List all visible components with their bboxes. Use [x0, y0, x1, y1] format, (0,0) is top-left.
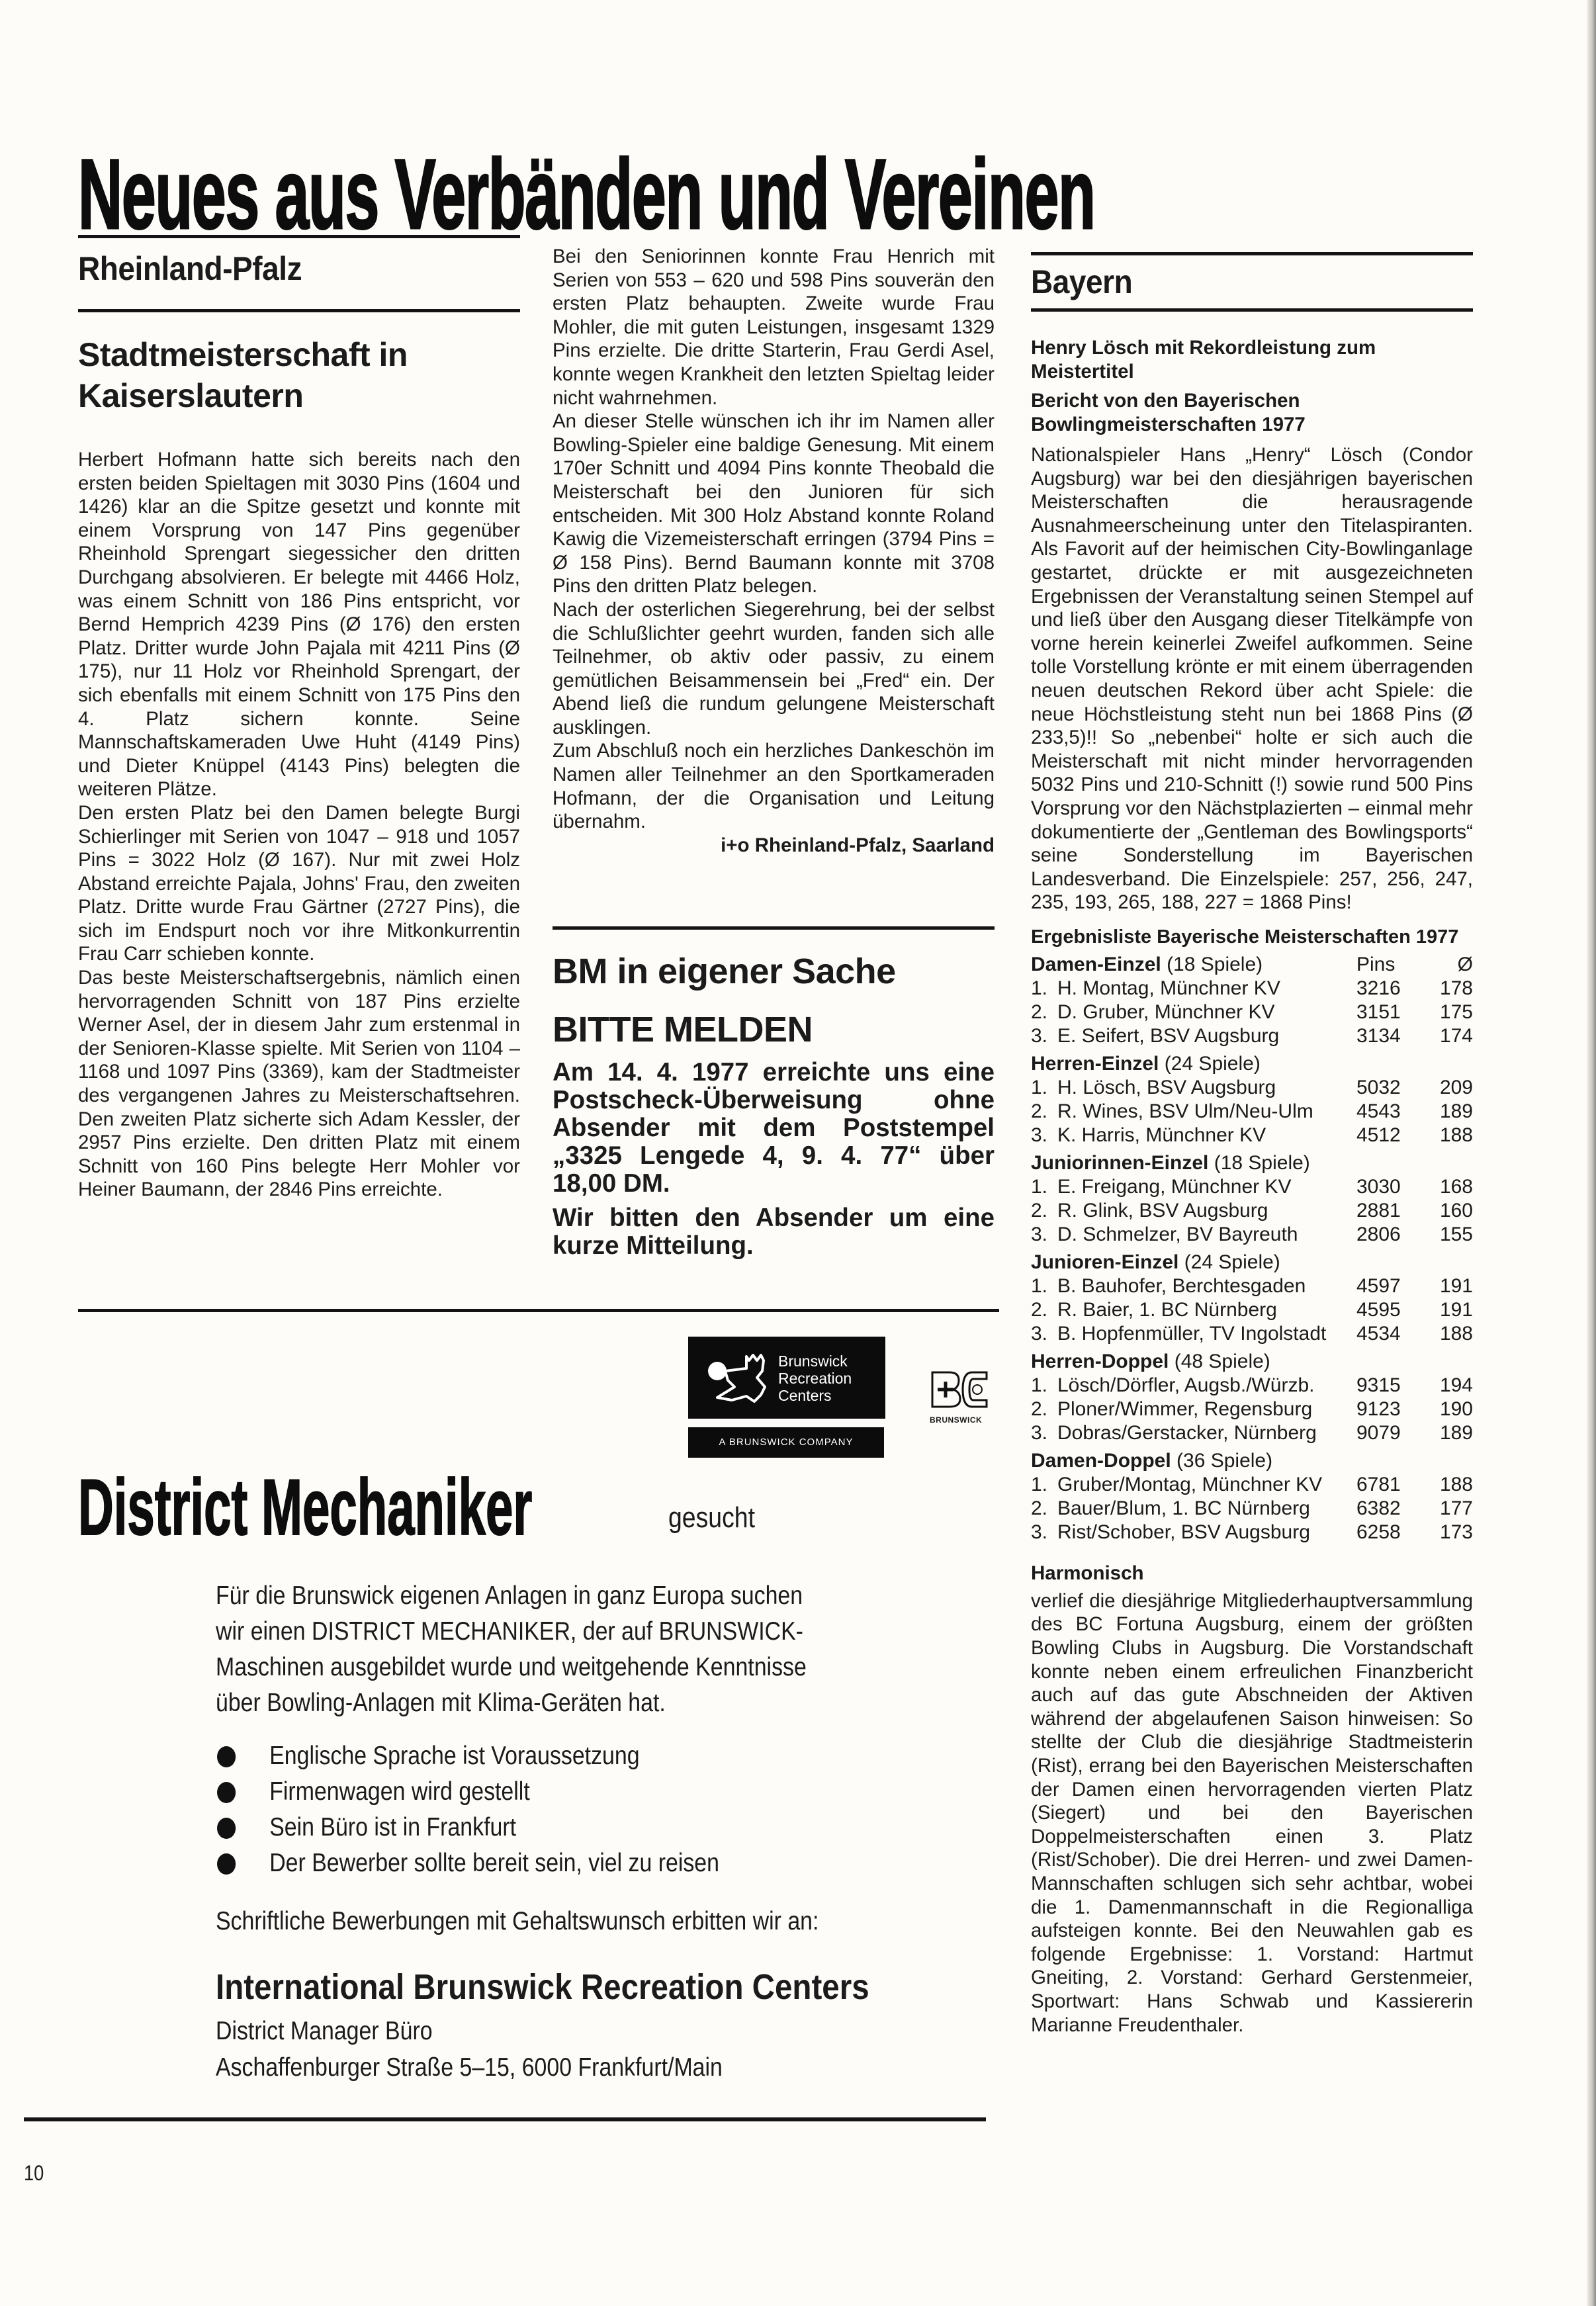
article-signature: i+o Rheinland-Pfalz, Saarland: [553, 834, 995, 858]
cell-avg: 168: [1429, 1175, 1473, 1199]
cell-avg: 160: [1429, 1199, 1473, 1223]
results-body: Damen-Einzel (18 Spiele)PinsØ1.H. Montag…: [1031, 953, 1473, 1544]
bc-logo-icon: [930, 1370, 989, 1409]
cell-avg: 174: [1429, 1024, 1473, 1048]
cell-name: Ploner/Wimmer, Regensburg: [1057, 1397, 1356, 1421]
ad-address-line: Aschaffenburger Straße 5–15, 6000 Frankf…: [216, 2050, 723, 2086]
bc-logo-label: BRUNSWICK: [930, 1415, 993, 1425]
ad-company-name: International Brunswick Recreation Cente…: [216, 1967, 869, 2008]
cell-rank: 2.: [1031, 1497, 1057, 1521]
cell-name: R. Wines, BSV Ulm/Neu-Ulm: [1057, 1100, 1356, 1124]
cell-rank: 2.: [1031, 1000, 1057, 1024]
cell-pins: 9123: [1356, 1397, 1429, 1421]
category-games: (18 Spiele): [1167, 953, 1263, 975]
harmonisch-heading: Harmonisch: [1031, 1562, 1473, 1585]
cell-rank: 2.: [1031, 1199, 1057, 1223]
cell-pins: 4597: [1356, 1274, 1429, 1298]
cell-rank: 3.: [1031, 1322, 1057, 1346]
table-row: 3.K. Harris, Münchner KV4512188: [1031, 1124, 1473, 1147]
results-table: Ergebnisliste Bayerische Meisterschaften…: [1031, 925, 1473, 1544]
paragraph: Den ersten Platz bei den Damen belegte B…: [78, 801, 520, 966]
right-column: Bayern: [1031, 263, 1473, 300]
cell-avg: 155: [1429, 1223, 1473, 1247]
cell-avg: 188: [1429, 1322, 1473, 1346]
cell-avg: 188: [1429, 1124, 1473, 1147]
divider: [78, 309, 520, 312]
cell-rank: 1.: [1031, 1374, 1057, 1397]
cell-name: R. Baier, 1. BC Nürnberg: [1057, 1298, 1356, 1322]
cell-pins: 3134: [1356, 1024, 1429, 1048]
ad-apply-text: Schriftliche Bewerbungen mit Gehaltswuns…: [216, 1904, 819, 1939]
category-name: Juniorinnen-Einzel: [1031, 1152, 1208, 1174]
cell-avg: 189: [1429, 1421, 1473, 1445]
cell-avg: 190: [1429, 1397, 1473, 1421]
cell-rank: 1.: [1031, 977, 1057, 1000]
category-name: Herren-Einzel: [1031, 1053, 1159, 1075]
cell-name: Rist/Schober, BSV Augsburg: [1057, 1521, 1356, 1544]
table-row: 1.Lösch/Dörfler, Augsb./Würzb.9315194: [1031, 1374, 1473, 1397]
cell-name: Bauer/Blum, 1. BC Nürnberg: [1057, 1497, 1356, 1521]
divider: [1031, 252, 1473, 255]
cell-name: D. Gruber, Münchner KV: [1057, 1000, 1356, 1024]
bc-brunswick-logo: BRUNSWICK: [930, 1370, 993, 1425]
category-name: Herren-Doppel: [1031, 1351, 1169, 1372]
notice-subtitle: BITTE MELDEN: [553, 1010, 995, 1049]
cell-rank: 3.: [1031, 1124, 1057, 1147]
cell-pins: 4534: [1356, 1322, 1429, 1346]
table-row: 2.Bauer/Blum, 1. BC Nürnberg6382177: [1031, 1497, 1473, 1521]
cell-avg: 194: [1429, 1374, 1473, 1397]
left-article: Stadtmeisterschaft in Kaiserslautern Her…: [78, 334, 520, 1202]
ad-title-suffix: gesucht: [668, 1502, 755, 1534]
column-header-average: Ø: [1429, 953, 1473, 977]
results-category: Damen-Einzel (18 Spiele)PinsØ: [1031, 953, 1473, 977]
category-games: (18 Spiele): [1214, 1152, 1310, 1174]
bullet-icon: [217, 1746, 236, 1767]
article-title-line: Stadtmeisterschaft in: [78, 336, 408, 373]
cell-name: Dobras/Gerstacker, Nürnberg: [1057, 1421, 1356, 1445]
cell-pins: 5032: [1356, 1076, 1429, 1100]
results-category: Herren-Doppel (48 Spiele): [1031, 1350, 1473, 1374]
cell-rank: 2.: [1031, 1298, 1057, 1322]
cell-name: D. Schmelzer, BV Bayreuth: [1057, 1223, 1356, 1247]
table-row: 3.Dobras/Gerstacker, Nürnberg9079189: [1031, 1421, 1473, 1445]
paragraph: Nach der osterlichen Siegerehrung, bei d…: [553, 598, 995, 740]
article-subheadline: Bericht von den Bayerischen Bowlingmeist…: [1031, 389, 1454, 437]
logo-text: Brunswick Recreation Centers: [778, 1353, 852, 1404]
list-item: Englische Sprache ist Voraussetzung: [217, 1738, 719, 1774]
cell-name: E. Freigang, Münchner KV: [1057, 1175, 1356, 1199]
table-row: 2.Ploner/Wimmer, Regensburg9123190: [1031, 1397, 1473, 1421]
ad-requirements-list: Englische Sprache ist Voraussetzung Firm…: [217, 1738, 719, 1881]
divider: [78, 235, 520, 238]
notice-title: BM in eigener Sache: [553, 952, 995, 991]
cell-rank: 3.: [1031, 1024, 1057, 1048]
results-category: Damen-Doppel (36 Spiele): [1031, 1449, 1473, 1473]
cell-name: R. Glink, BSV Augsburg: [1057, 1199, 1356, 1223]
results-category: Herren-Einzel (24 Spiele): [1031, 1052, 1473, 1076]
cell-avg: 173: [1429, 1521, 1473, 1544]
brunswick-company-bar: A BRUNSWICK COMPANY: [688, 1427, 884, 1458]
cell-name: H. Montag, Münchner KV: [1057, 977, 1356, 1000]
table-row: 2.R. Baier, 1. BC Nürnberg4595191: [1031, 1298, 1473, 1322]
table-row: 2.D. Gruber, Münchner KV3151175: [1031, 1000, 1473, 1024]
cell-avg: 175: [1429, 1000, 1473, 1024]
column-header-pins: Pins: [1356, 953, 1429, 977]
cell-pins: 4512: [1356, 1124, 1429, 1147]
ad-address-line: District Manager Büro: [216, 2014, 433, 2049]
results-title: Ergebnisliste Bayerische Meisterschaften…: [1031, 925, 1473, 949]
bullet-icon: [217, 1818, 236, 1839]
harmonisch-body: verlief die diesjährige Mitgliederhauptv…: [1031, 1589, 1473, 2037]
cell-rank: 3.: [1031, 1223, 1057, 1247]
cell-pins: 3216: [1356, 977, 1429, 1000]
divider: [24, 2117, 986, 2121]
cell-pins: 9315: [1356, 1374, 1429, 1397]
table-row: 1.H. Montag, Münchner KV3216178: [1031, 977, 1473, 1000]
cell-pins: 4595: [1356, 1298, 1429, 1322]
cell-name: B. Bauhofer, Berchtesgaden: [1057, 1274, 1356, 1298]
cell-name: H. Lösch, BSV Augsburg: [1057, 1076, 1356, 1100]
article-body: Herbert Hofmann hatte sich bereits nach …: [78, 448, 520, 1202]
paragraph: Am 14. 4. 1977 erreichte uns eine Postsc…: [553, 1059, 995, 1198]
page-edge-shadow: [1587, 0, 1596, 2306]
category-games: (48 Spiele): [1175, 1351, 1270, 1372]
cell-rank: 3.: [1031, 1521, 1057, 1544]
table-row: 1.Gruber/Montag, Münchner KV6781188: [1031, 1473, 1473, 1497]
left-column: Rheinland-Pfalz: [78, 250, 520, 287]
bullet-icon: [217, 1782, 236, 1803]
notice-body: Am 14. 4. 1977 erreichte uns eine Postsc…: [553, 1059, 995, 1260]
cell-avg: 177: [1429, 1497, 1473, 1521]
category-games: (24 Spiele): [1165, 1053, 1261, 1075]
cell-name: E. Seifert, BSV Augsburg: [1057, 1024, 1356, 1048]
results-category: Juniorinnen-Einzel (18 Spiele): [1031, 1151, 1473, 1175]
article-title: Stadtmeisterschaft in Kaiserslautern: [78, 334, 520, 416]
cell-rank: 2.: [1031, 1397, 1057, 1421]
list-item: Der Bewerber sollte bereit sein, viel zu…: [217, 1845, 719, 1881]
cell-pins: 2881: [1356, 1199, 1429, 1223]
notice-box: BM in eigener Sache BITTE MELDEN Am 14. …: [553, 952, 995, 1266]
section-heading-bayern: Bayern: [1031, 263, 1438, 300]
article-title-line: Kaiserslautern: [78, 377, 303, 414]
cell-pins: 2806: [1356, 1223, 1429, 1247]
table-row: 1.E. Freigang, Münchner KV3030168: [1031, 1175, 1473, 1199]
paragraph: Wir bitten den Absender um eine kurze Mi…: [553, 1204, 995, 1260]
cell-avg: 188: [1429, 1473, 1473, 1497]
cell-name: K. Harris, Münchner KV: [1057, 1124, 1356, 1147]
list-item: Firmenwagen wird gestellt: [217, 1774, 719, 1810]
page-number: 10: [24, 2161, 44, 2186]
category-games: (24 Spiele): [1184, 1251, 1280, 1273]
table-row: 3.D. Schmelzer, BV Bayreuth2806155: [1031, 1223, 1473, 1247]
cell-avg: 191: [1429, 1274, 1473, 1298]
table-row: 3.B. Hopfenmüller, TV Ingolstadt4534188: [1031, 1322, 1473, 1346]
cell-avg: 178: [1429, 977, 1473, 1000]
divider: [1031, 308, 1473, 312]
table-row: 3.Rist/Schober, BSV Augsburg6258173: [1031, 1521, 1473, 1544]
cell-name: Lösch/Dörfler, Augsb./Würzb.: [1057, 1374, 1356, 1397]
ad-intro: Für die Brunswick eigenen Anlagen in gan…: [216, 1578, 807, 1721]
paragraph: An dieser Stelle wünschen ich ihr im Nam…: [553, 410, 995, 598]
table-row: 2.R. Wines, BSV Ulm/Neu-Ulm4543189: [1031, 1100, 1473, 1124]
section-heading-rheinland-pfalz: Rheinland-Pfalz: [78, 250, 485, 287]
divider: [553, 926, 995, 930]
cell-pins: 3151: [1356, 1000, 1429, 1024]
cell-pins: 6781: [1356, 1473, 1429, 1497]
cell-pins: 6258: [1356, 1521, 1429, 1544]
table-row: 2.R. Glink, BSV Augsburg2881160: [1031, 1199, 1473, 1223]
table-row: 1.H. Lösch, BSV Augsburg5032209: [1031, 1076, 1473, 1100]
article-body: Nationalspieler Hans „Henry“ Lösch (Cond…: [1031, 443, 1473, 914]
table-row: 1.B. Bauhofer, Berchtesgaden4597191: [1031, 1274, 1473, 1298]
article-headline: Henry Lösch mit Rekordleistung zum Meist…: [1031, 336, 1454, 384]
cell-rank: 2.: [1031, 1100, 1057, 1124]
category-games: (36 Spiele): [1176, 1450, 1272, 1472]
cell-rank: 1.: [1031, 1175, 1057, 1199]
paragraph: Bei den Seniorinnen konnte Frau Henrich …: [553, 245, 995, 410]
list-item: Sein Büro ist in Frankfurt: [217, 1810, 719, 1845]
cell-avg: 189: [1429, 1100, 1473, 1124]
brunswick-lion-icon: [705, 1349, 772, 1407]
page-title: Neues aus Verbänden und Vereinen: [78, 144, 833, 244]
cell-name: B. Hopfenmüller, TV Ingolstadt: [1057, 1322, 1356, 1346]
cell-pins: 3030: [1356, 1175, 1429, 1199]
cell-pins: 6382: [1356, 1497, 1429, 1521]
cell-avg: 191: [1429, 1298, 1473, 1322]
divider: [78, 1309, 999, 1312]
cell-pins: 9079: [1356, 1421, 1429, 1445]
category-name: Damen-Doppel: [1031, 1450, 1171, 1472]
category-name: Damen-Einzel: [1031, 953, 1161, 975]
middle-column: Bei den Seniorinnen konnte Frau Henrich …: [553, 245, 995, 858]
category-name: Junioren-Einzel: [1031, 1251, 1178, 1273]
paragraph: Zum Abschluß noch ein herzliches Dankesc…: [553, 739, 995, 833]
cell-rank: 1.: [1031, 1076, 1057, 1100]
cell-avg: 209: [1429, 1076, 1473, 1100]
cell-rank: 1.: [1031, 1473, 1057, 1497]
bullet-icon: [217, 1853, 236, 1875]
right-article: Henry Lösch mit Rekordleistung zum Meist…: [1031, 336, 1473, 2037]
table-row: 3.E. Seifert, BSV Augsburg3134174: [1031, 1024, 1473, 1048]
brunswick-recreation-centers-logo: Brunswick Recreation Centers: [688, 1337, 885, 1419]
ad-title: District Mechaniker: [78, 1468, 532, 1547]
results-category: Junioren-Einzel (24 Spiele): [1031, 1251, 1473, 1274]
cell-pins: 4543: [1356, 1100, 1429, 1124]
paragraph: Herbert Hofmann hatte sich bereits nach …: [78, 448, 520, 801]
cell-rank: 3.: [1031, 1421, 1057, 1445]
cell-name: Gruber/Montag, Münchner KV: [1057, 1473, 1356, 1497]
cell-rank: 1.: [1031, 1274, 1057, 1298]
paragraph: Das beste Meisterschaftsergebnis, nämlic…: [78, 966, 520, 1202]
